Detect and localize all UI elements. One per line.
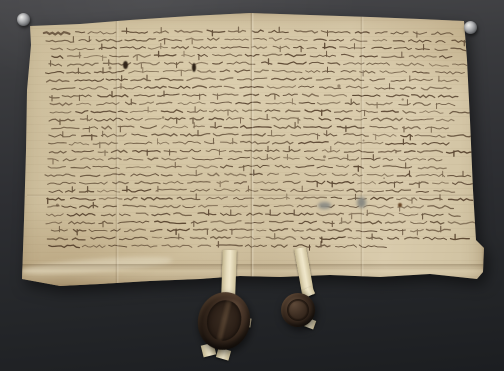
small-wax-seal (281, 293, 315, 327)
vertical-fold-crease (360, 12, 364, 288)
small-seal-impression (287, 299, 309, 321)
push-pin-right (464, 21, 477, 34)
push-pin-left (17, 13, 30, 26)
ink-blot (123, 61, 128, 69)
vertical-fold-crease (115, 12, 119, 288)
large-seal-impression (203, 297, 246, 345)
brown-spot (398, 203, 402, 207)
seal-tag-large (221, 250, 237, 296)
parchment-surface (18, 12, 484, 288)
parchment-document (18, 12, 484, 288)
backing-board: Photograph of a medieval parchment chart… (0, 0, 504, 371)
hole (192, 63, 196, 72)
grey-smudge (318, 202, 331, 209)
vertical-fold-crease (250, 12, 254, 288)
